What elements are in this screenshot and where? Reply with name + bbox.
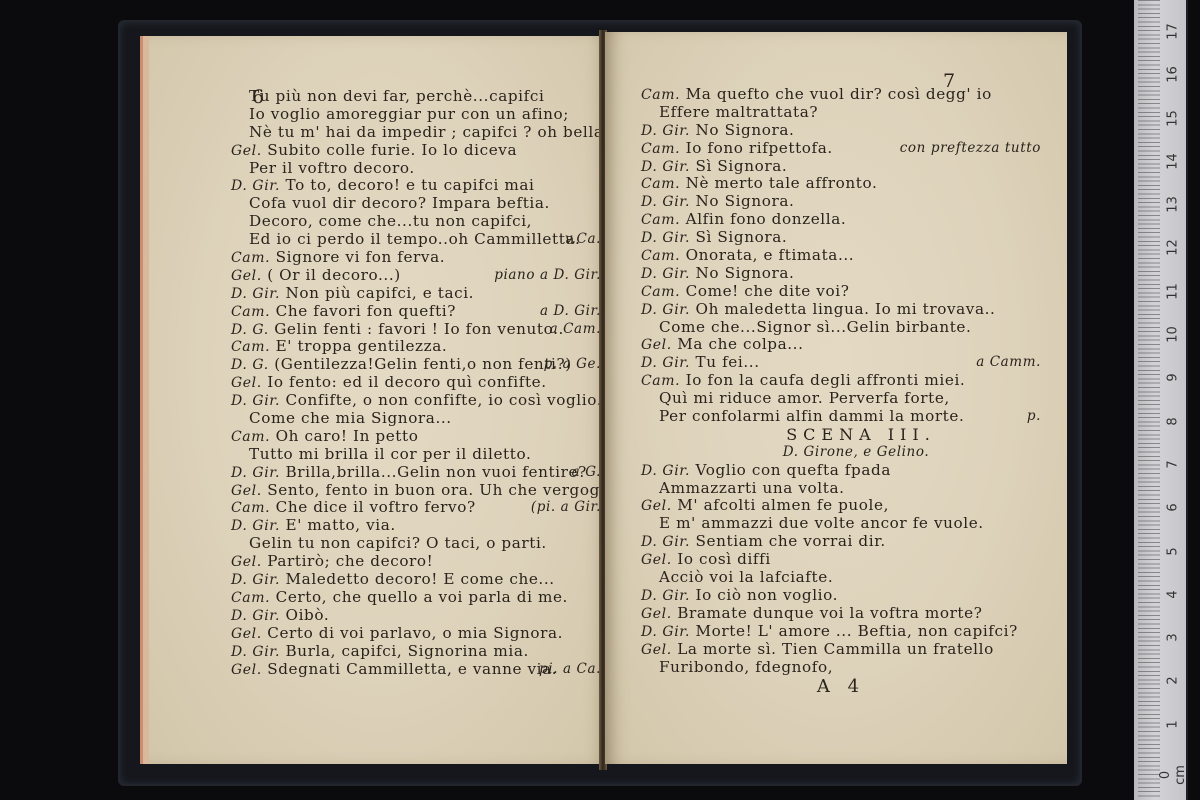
verse-text: Sentiam che vorrai dir. [696, 532, 886, 550]
speaker-label: D. G. [231, 322, 269, 338]
speaker-label: Gel. [641, 606, 672, 622]
ruler-label: 1 [1166, 713, 1181, 735]
ruler-label: 17 [1166, 20, 1181, 42]
verse-text: Nè tu m' hai da impedir ; capifci ? oh b… [249, 123, 616, 141]
verse-line: D. Gir. Burla, capifci, Signorina mia. [231, 643, 601, 661]
verse-line: Gel. M' afcolti almen fe puole, [641, 497, 1041, 515]
speaker-label: Cam. [641, 141, 680, 157]
verse-text: Tutto mi brilla il cor per il diletto. [249, 445, 531, 463]
verse-text: Confifte, o non confifte, io così voglio… [286, 391, 603, 409]
speaker-label: D. Gir. [641, 266, 690, 282]
verse-text: Quì mi riduce amor. Perverfa forte, [659, 389, 950, 407]
verse-line: Tu più non devi far, perchè...capifci [231, 88, 601, 106]
speaker-label: Cam. [641, 284, 680, 300]
verse-line: Gel. Bramate dunque voi la voftra morte? [641, 605, 1041, 623]
verse-text: Io così diffi [677, 550, 771, 568]
verse-text: Ammazzarti una volta. [659, 479, 845, 497]
speaker-label: Cam. [231, 250, 270, 266]
verse-text: Gelin fenti : favori ! Io fon venuto.. [274, 320, 564, 338]
verse-line: Come che mia Signora... [231, 410, 601, 428]
speaker-label: D. Gir. [231, 572, 280, 588]
verse-line: D. Gir. Oh maledetta lingua. Io mi trova… [641, 301, 1041, 319]
right-page: 7 Cam. Ma quefto che vuol dir? così degg… [605, 32, 1067, 764]
verse-line: D. Gir. Tu fei...a Camm. [641, 354, 1041, 372]
speaker-label: D. Gir. [641, 230, 690, 246]
ruler-label: 11 [1166, 280, 1181, 302]
verse-text: ( Or il decoro...) [267, 266, 401, 284]
verse-text: Io fon la caufa degli affronti miei. [686, 371, 966, 389]
speaker-label: Gel. [641, 498, 672, 514]
verse-text: Signore vi fon ferva. [276, 248, 446, 266]
speaker-label: D. Gir. [231, 644, 280, 660]
speaker-label: D. G. [231, 357, 269, 373]
open-book: 6 Tu più non devi far, perchè...capifciI… [135, 30, 1065, 770]
verse-line: D. Gir. No Signora. [641, 193, 1041, 211]
ruler-ticks [1138, 0, 1160, 800]
ruler-label: 4 [1166, 583, 1181, 605]
verse-line: Acciò voi la lafciafte. [641, 569, 1041, 587]
verse-line: D. Gir. Voglio con quefta fpada [641, 462, 1041, 480]
verse-text: Per confolarmi alfin dammi la morte. [659, 407, 964, 425]
ruler-label: 7 [1166, 453, 1181, 475]
ruler-label: 12 [1166, 237, 1181, 259]
verse-line: Cam. Io fono rifpettofa.con preftezza tu… [641, 140, 1041, 158]
verse-text: Oh maledetta lingua. Io mi trovava.. [696, 300, 996, 318]
measurement-ruler: 0 cm1234567891011121314151617 [1134, 0, 1188, 800]
ruler-label: 14 [1166, 150, 1181, 172]
speaker-label: Cam. [641, 87, 680, 103]
verse-text: Tu fei... [696, 353, 760, 371]
verse-text: Sdegnati Cammilletta, e vanne via. [267, 660, 557, 678]
verse-text: Sento, fento in buon ora. Uh che vergogn… [267, 481, 626, 499]
verse-text: Sì Signora. [696, 228, 788, 246]
verse-line: E m' ammazzi due volte ancor fe vuole. [641, 515, 1041, 533]
verse-text: To to, decoro! e tu capifci mai [286, 176, 535, 194]
verse-line: Come che...Signor sì...Gelin birbante. [641, 319, 1041, 337]
verse-text: Io voglio amoreggiar pur con un afino; [249, 105, 569, 123]
speaker-label: D. Gir. [231, 393, 280, 409]
verse-text: No Signora. [696, 264, 795, 282]
stage-direction: v.Ca. [565, 231, 601, 249]
verse-line: Gel. ( Or il decoro...)piano a D. Gir. [231, 267, 601, 285]
verse-text: Nè merto tale affronto. [686, 174, 878, 192]
right-page-text: Cam. Ma quefto che vuol dir? così degg' … [641, 86, 1041, 696]
verse-line: Ammazzarti una volta. [641, 480, 1041, 498]
verse-text: Sì Signora. [696, 157, 788, 175]
verse-text: Cofa vuol dir decoro? Impara beftia. [249, 194, 550, 212]
stage-direction: a D. Gir. [540, 303, 601, 321]
ruler-label: 15 [1166, 107, 1181, 129]
stage-direction: a Camm. [976, 354, 1041, 372]
speaker-label: D. Gir. [231, 608, 280, 624]
ruler-label: 13 [1166, 194, 1181, 216]
verse-text: La morte sì. Tien Cammilla un fratello [677, 640, 994, 658]
verse-text: Che favori fon quefti? [276, 302, 456, 320]
verse-text: Ed io ci perdo il tempo..oh Cammilletta. [249, 230, 581, 248]
stage-direction: p. a Ge. [544, 356, 601, 374]
speaker-label: Gel. [231, 662, 262, 678]
scene-persons: D. Girone, e Gelino. [641, 444, 1041, 462]
speaker-label: Cam. [641, 176, 680, 192]
speaker-label: Cam. [641, 248, 680, 264]
verse-line: Quì mi riduce amor. Perverfa forte, [641, 390, 1041, 408]
stage-direction: pi. a Ca. [539, 661, 601, 679]
speaker-label: D. Gir. [641, 534, 690, 550]
verse-text: Decoro, come che...tu non capifci, [249, 212, 532, 230]
verse-line: Cam. Nè merto tale affronto. [641, 175, 1041, 193]
ruler-label: 9 [1166, 367, 1181, 389]
speaker-label: Gel. [231, 268, 262, 284]
verse-line: Gel. Subito colle furie. Io lo diceva [231, 142, 601, 160]
speaker-label: D. Gir. [641, 588, 690, 604]
verse-line: D. Gir. Sì Signora. [641, 229, 1041, 247]
speaker-label: D. Gir. [641, 624, 690, 640]
verse-text: Effere maltrattata? [659, 103, 818, 121]
verse-line: D. Gir. Morte! L' amore ... Beftia, non … [641, 623, 1041, 641]
speaker-label: D. Gir. [231, 465, 280, 481]
verse-text: E m' ammazzi due volte ancor fe vuole. [659, 514, 984, 532]
verse-line: Cam. Ma quefto che vuol dir? così degg' … [641, 86, 1041, 104]
verse-text: Maledetto decoro! E come che... [286, 570, 555, 588]
ruler-label: 16 [1166, 64, 1181, 86]
speaker-label: D. Gir. [641, 355, 690, 371]
speaker-label: D. Gir. [231, 178, 280, 194]
verse-line: Cam. Alfin fono donzella. [641, 211, 1041, 229]
verse-line: Cofa vuol dir decoro? Impara beftia. [231, 195, 601, 213]
verse-line: Cam. Che dice il voftro fervo?(pi. a Gir… [231, 499, 601, 517]
scene-heading: SCENA III. [641, 426, 1041, 444]
verse-text: Subito colle furie. Io lo diceva [267, 141, 517, 159]
verse-text: No Signora. [696, 192, 795, 210]
speaker-label: Cam. [641, 373, 680, 389]
verse-text: Ma quefto che vuol dir? così degg' io [686, 85, 992, 103]
verse-line: D. Gir. No Signora. [641, 265, 1041, 283]
verse-text: Tu più non devi far, perchè...capifci [249, 87, 544, 105]
verse-text: Come che mia Signora... [249, 409, 452, 427]
speaker-label: Cam. [231, 339, 270, 355]
ruler-label: 8 [1166, 410, 1181, 432]
verse-line: Gel. Ma che colpa... [641, 336, 1041, 354]
speaker-label: D. Gir. [231, 518, 280, 534]
verse-text: Ma che colpa... [677, 335, 803, 353]
verse-line: Gel. La morte sì. Tien Cammilla un frate… [641, 641, 1041, 659]
verse-line: Tutto mi brilla il cor per il diletto. [231, 446, 601, 464]
verse-text: E' troppa gentilezza. [276, 337, 448, 355]
verse-text: Oibò. [286, 606, 330, 624]
verse-line: Furibondo, fdegnofo, [641, 659, 1041, 677]
verse-line: Gel. Sento, fento in buon ora. Uh che ve… [231, 482, 601, 500]
verse-line: Cam. Onorata, e ftimata... [641, 247, 1041, 265]
speaker-label: Gel. [231, 143, 262, 159]
verse-text: Bramate dunque voi la voftra morte? [677, 604, 982, 622]
verse-line: Cam. Come! che dite voi? [641, 283, 1041, 301]
verse-line: D. Gir. Sentiam che vorrai dir. [641, 533, 1041, 551]
left-page-text: Tu più non devi far, perchè...capifciIo … [231, 88, 601, 678]
verse-text: Oh caro! In petto [276, 427, 419, 445]
verse-line: D. Gir. No Signora. [641, 122, 1041, 140]
ruler-label: 5 [1166, 540, 1181, 562]
verse-line: D. Gir. Brilla,brilla...Gelin non vuoi f… [231, 464, 601, 482]
verse-text: Io fento: ed il decoro quì confifte. [267, 373, 546, 391]
verse-text: Certo, che quello a voi parla di me. [276, 588, 568, 606]
verse-text: Che dice il voftro fervo? [276, 498, 476, 516]
speaker-label: Cam. [641, 212, 680, 228]
verse-text: Voglio con quefta fpada [696, 461, 891, 479]
ruler-label: 3 [1166, 627, 1181, 649]
verse-text: Gelin tu non capifci? O taci, o parti. [249, 534, 547, 552]
verse-line: Nè tu m' hai da impedir ; capifci ? oh b… [231, 124, 601, 142]
ruler-label: 0 cm [1158, 764, 1188, 786]
verse-line: D. Gir. Oibò. [231, 607, 601, 625]
verse-line: Io voglio amoreggiar pur con un afino; [231, 106, 601, 124]
speaker-label: Gel. [231, 626, 262, 642]
verse-text: M' afcolti almen fe puole, [677, 496, 889, 514]
verse-line: Decoro, come che...tu non capifci, [231, 213, 601, 231]
verse-line: Cam. Io fon la caufa degli affronti miei… [641, 372, 1041, 390]
verse-line: Ed io ci perdo il tempo..oh Cammilletta.… [231, 231, 601, 249]
verse-text: Alfin fono donzella. [686, 210, 847, 228]
verse-line: Cam. Oh caro! In petto [231, 428, 601, 446]
verse-text: Non più capifci, e taci. [286, 284, 475, 302]
speaker-label: Gel. [641, 337, 672, 353]
stage-direction: piano a D. Gir. [494, 267, 601, 285]
speaker-label: Cam. [231, 590, 270, 606]
verse-line: Cam. Certo, che quello a voi parla di me… [231, 589, 601, 607]
verse-line: D. G. Gelin fenti : favori ! Io fon venu… [231, 321, 601, 339]
verse-text: Brilla,brilla...Gelin non vuoi fentire? [286, 463, 587, 481]
verse-line: D. Gir. To to, decoro! e tu capifci mai [231, 177, 601, 195]
verse-line: D. Gir. Confifte, o non confifte, io cos… [231, 392, 601, 410]
verse-line: Gel. Io fento: ed il decoro quì confifte… [231, 374, 601, 392]
verse-text: Come che...Signor sì...Gelin birbante. [659, 318, 971, 336]
speaker-label: Cam. [231, 500, 270, 516]
verse-text: Certo di voi parlavo, o mia Signora. [267, 624, 563, 642]
ruler-label: 6 [1166, 497, 1181, 519]
stage-direction: a G. [572, 464, 601, 482]
verse-text: Come! che dite voi? [686, 282, 850, 300]
speaker-label: D. Gir. [641, 194, 690, 210]
stage-direction: a Cam. [550, 321, 601, 339]
speaker-label: Gel. [231, 483, 262, 499]
verse-text: Onorata, e ftimata... [686, 246, 855, 264]
speaker-label: Cam. [231, 304, 270, 320]
verse-line: Cam. Signore vi fon ferva. [231, 249, 601, 267]
verse-line: D. Gir. Io ciò non voglio. [641, 587, 1041, 605]
verse-line: Per confolarmi alfin dammi la morte.p. [641, 408, 1041, 426]
verse-line: D. Gir. E' matto, via. [231, 517, 601, 535]
verse-line: Effere maltrattata? [641, 104, 1041, 122]
verse-text: Acciò voi la lafciafte. [659, 568, 833, 586]
speaker-label: Gel. [231, 375, 262, 391]
verse-line: D. Gir. Sì Signora. [641, 158, 1041, 176]
stage-direction: con preftezza tutto [900, 140, 1041, 158]
verse-line: Gelin tu non capifci? O taci, o parti. [231, 535, 601, 553]
left-page: 6 Tu più non devi far, perchè...capifciI… [143, 36, 609, 764]
speaker-label: Gel. [641, 552, 672, 568]
verse-text: Furibondo, fdegnofo, [659, 658, 833, 676]
verse-line: Per il voftro decoro. [231, 160, 601, 178]
verse-text: Morte! L' amore ... Beftia, non capifci? [696, 622, 1018, 640]
verse-line: Gel. Partirò; che decoro! [231, 553, 601, 571]
speaker-label: D. Gir. [641, 123, 690, 139]
verse-text: Burla, capifci, Signorina mia. [286, 642, 529, 660]
verse-line: Cam. E' troppa gentilezza. [231, 338, 601, 356]
verse-line: Cam. Che favori fon quefti?a D. Gir. [231, 303, 601, 321]
verse-text: E' matto, via. [286, 516, 396, 534]
verse-text: No Signora. [696, 121, 795, 139]
verse-text: (Gentilezza!Gelin fenti,o non fenti?) [274, 355, 572, 373]
verse-line: Gel. Certo di voi parlavo, o mia Signora… [231, 625, 601, 643]
ruler-label: 10 [1166, 324, 1181, 346]
verse-line: Gel. Io così diffi [641, 551, 1041, 569]
verse-line: D. Gir. Non più capifci, e taci. [231, 285, 601, 303]
verse-line: Gel. Sdegnati Cammilletta, e vanne via.p… [231, 661, 601, 679]
speaker-label: D. Gir. [231, 286, 280, 302]
verse-line: D. G. (Gentilezza!Gelin fenti,o non fent… [231, 356, 601, 374]
verse-text: Per il voftro decoro. [249, 159, 415, 177]
speaker-label: Gel. [231, 554, 262, 570]
verse-text: Io ciò non voglio. [696, 586, 839, 604]
speaker-label: Cam. [231, 429, 270, 445]
stage-direction: (pi. a Gir. [531, 499, 601, 517]
verse-text: Partirò; che decoro! [267, 552, 433, 570]
ruler-label: 2 [1166, 670, 1181, 692]
verse-line: D. Gir. Maledetto decoro! E come che... [231, 571, 601, 589]
speaker-label: Gel. [641, 642, 672, 658]
stage-direction: p. [1027, 408, 1041, 426]
speaker-label: D. Gir. [641, 302, 690, 318]
speaker-label: D. Gir. [641, 463, 690, 479]
signature-mark: A 4 [641, 678, 1041, 696]
verse-text: Io fono rifpettofa. [686, 139, 833, 157]
speaker-label: D. Gir. [641, 159, 690, 175]
